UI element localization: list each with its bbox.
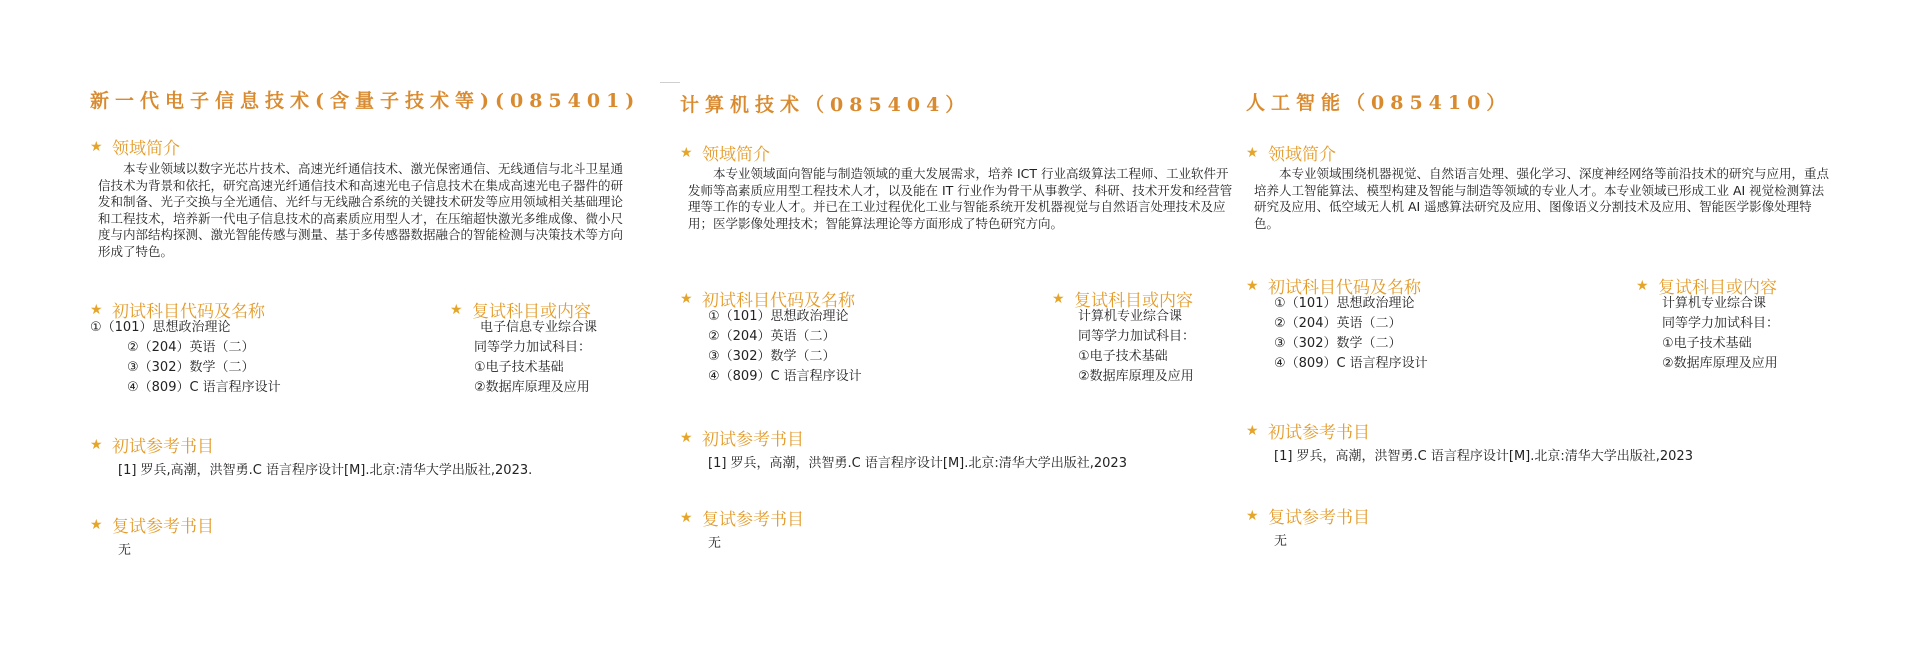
list-item: 计算机专业综合课: [1662, 294, 1779, 314]
retest-books-value: 无: [708, 532, 721, 551]
star-icon: ★: [90, 139, 112, 155]
list-item: ④（809）C 语言程序设计: [90, 378, 281, 398]
section-heading-prelim-books: ★ 初试参考书目: [1246, 418, 1370, 443]
decorative-divider: [660, 82, 680, 83]
intro-paragraph: 本专业领域面向智能与制造领域的重大发展需求，培养 ICT 行业高级算法工程师、工…: [688, 166, 1236, 266]
list-item: ①（101）思想政治理论: [90, 318, 281, 338]
star-icon: ★: [1052, 291, 1074, 307]
star-icon: ★: [450, 302, 472, 318]
star-icon: ★: [680, 510, 702, 526]
prelim-subject-list: ①（101）思想政治理论 ②（204）英语（二） ③（302）数学（二） ④（8…: [90, 318, 281, 398]
star-icon: ★: [680, 430, 702, 446]
star-icon: ★: [1636, 278, 1658, 294]
intro-paragraph: 本专业领域围绕机器视觉、自然语言处理、强化学习、深度神经网络等前沿技术的研究与应…: [1254, 166, 1834, 232]
star-icon: ★: [1246, 278, 1268, 294]
star-icon: ★: [90, 437, 112, 453]
list-item: ③（302）数学（二）: [708, 347, 862, 367]
list-item: 同等学力加试科目：: [474, 338, 597, 358]
section-heading-retest-books: ★ 复试参考书目: [680, 505, 804, 530]
list-item: ③（302）数学（二）: [1274, 334, 1428, 354]
list-item: 同等学力加试科目：: [1662, 314, 1779, 334]
star-icon: ★: [90, 302, 112, 318]
list-item: ④（809）C 语言程序设计: [708, 367, 862, 387]
list-item: ②（204）英语（二）: [1274, 314, 1428, 334]
retest-books-value: 无: [118, 539, 131, 558]
program-title: 人工智能（085410）: [1246, 88, 1511, 115]
retest-subject-list: 计算机专业综合课 同等学力加试科目： ①电子技术基础 ②数据库原理及应用: [1078, 307, 1195, 387]
prelim-subject-list: ①（101）思想政治理论 ②（204）英语（二） ③（302）数学（二） ④（8…: [1274, 294, 1428, 374]
list-item: 计算机专业综合课: [1078, 307, 1195, 327]
intro-paragraph: 本专业领域以数字光芯片技术、高速光纤通信技术、激光保密通信、无线通信与北斗卫星通…: [98, 161, 633, 260]
reference-book: [1] 罗兵,高潮，洪智勇.C 语言程序设计[M].北京:清华大学出版社,202…: [118, 459, 532, 478]
star-icon: ★: [680, 145, 702, 161]
retest-books-value: 无: [1274, 530, 1287, 549]
star-icon: ★: [680, 291, 702, 307]
prelim-subject-list: ①（101）思想政治理论 ②（204）英语（二） ③（302）数学（二） ④（8…: [708, 307, 862, 387]
list-item: ①电子技术基础: [474, 358, 597, 378]
list-item: ④（809）C 语言程序设计: [1274, 354, 1428, 374]
section-heading-intro: ★ 领域简介: [1246, 140, 1336, 165]
list-item: ①电子技术基础: [1078, 347, 1195, 367]
list-item: ②（204）英语（二）: [708, 327, 862, 347]
list-item: ①电子技术基础: [1662, 334, 1779, 354]
section-heading-prelim-books: ★ 初试参考书目: [90, 432, 214, 457]
reference-book: [1] 罗兵，高潮，洪智勇.C 语言程序设计[M].北京:清华大学出版社,202…: [708, 452, 1127, 471]
section-heading-retest-books: ★ 复试参考书目: [90, 512, 214, 537]
retest-subject-list: 电子信息专业综合课 同等学力加试科目： ①电子技术基础 ②数据库原理及应用: [474, 318, 597, 398]
star-icon: ★: [1246, 508, 1268, 524]
program-title: 新一代电子信息技术(含量子技术等)(085401): [90, 86, 640, 113]
list-item: 同等学力加试科目：: [1078, 327, 1195, 347]
star-icon: ★: [1246, 145, 1268, 161]
list-item: ①（101）思想政治理论: [708, 307, 862, 327]
retest-subject-list: 计算机专业综合课 同等学力加试科目： ①电子技术基础 ②数据库原理及应用: [1662, 294, 1779, 374]
list-item: 电子信息专业综合课: [474, 318, 597, 338]
list-item: ②数据库原理及应用: [1662, 354, 1779, 374]
list-item: ①（101）思想政治理论: [1274, 294, 1428, 314]
list-item: ③（302）数学（二）: [90, 358, 281, 378]
reference-book: [1] 罗兵，高潮，洪智勇.C 语言程序设计[M].北京:清华大学出版社,202…: [1274, 445, 1693, 464]
star-icon: ★: [90, 517, 112, 533]
list-item: ②数据库原理及应用: [1078, 367, 1195, 387]
list-item: ②数据库原理及应用: [474, 378, 597, 398]
star-icon: ★: [1246, 423, 1268, 439]
section-heading-retest-books: ★ 复试参考书目: [1246, 503, 1370, 528]
list-item: ②（204）英语（二）: [90, 338, 281, 358]
program-title: 计算机技术（085404）: [680, 90, 970, 117]
section-heading-intro: ★ 领域简介: [90, 134, 180, 159]
section-heading-prelim-books: ★ 初试参考书目: [680, 425, 804, 450]
section-heading-intro: ★ 领域简介: [680, 140, 770, 165]
